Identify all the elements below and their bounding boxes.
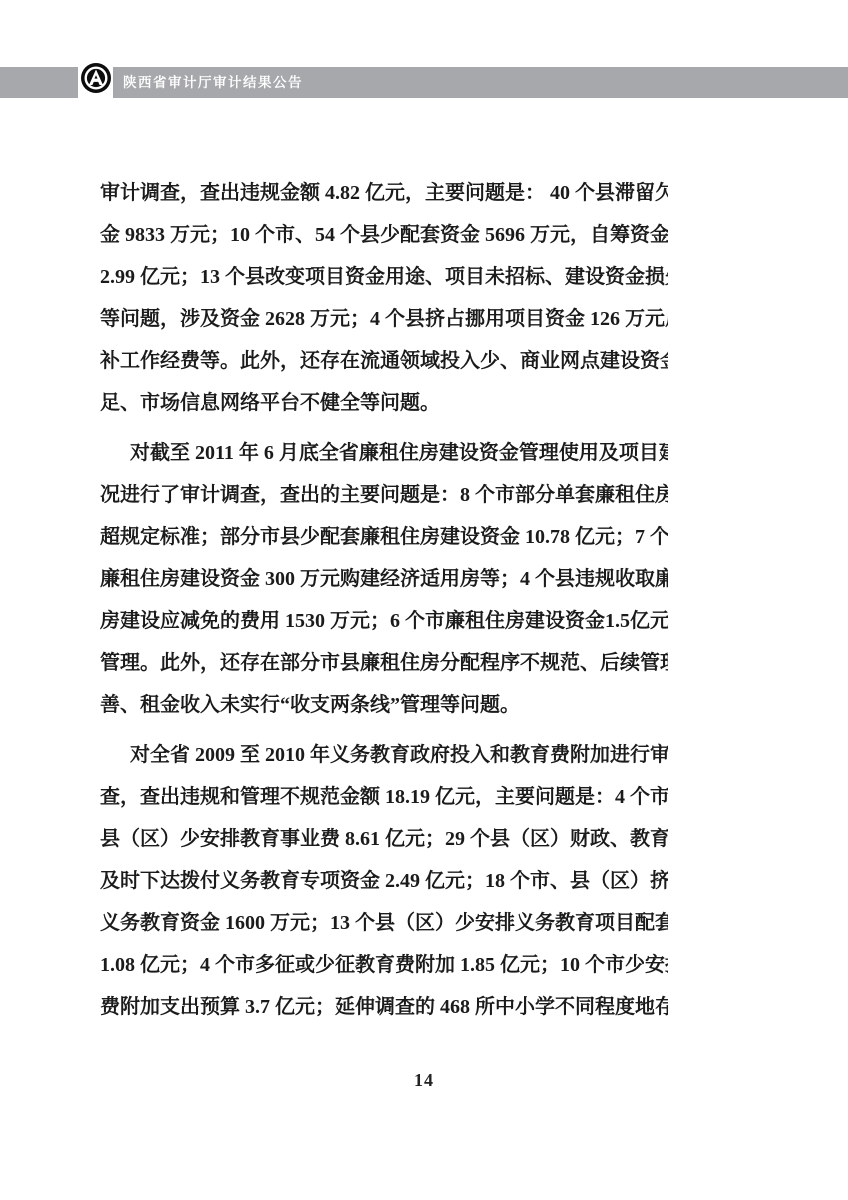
text-line: 金 9833 万元；10 个市、54 个县少配套资金 5696 万元，自筹资金不… bbox=[100, 214, 668, 256]
text-line: 县（区）少安排教育事业费 8.61 亿元；29 个县（区）财政、教育部门未 bbox=[100, 818, 668, 860]
body-text: 审计调查，查出违规金额 4.82 亿元，主要问题是： 40 个县滞留欠拨资 金 … bbox=[100, 172, 668, 1028]
text-line: 2.99 亿元；13 个县改变项目资金用途、项目未招标、建设资金损失浪费 bbox=[100, 256, 668, 298]
text-line: 足、市场信息网络平台不健全等问题。 bbox=[100, 382, 668, 424]
text-line: 1.08 亿元；4 个市多征或少征教育费附加 1.85 亿元；10 个市少安排教… bbox=[100, 944, 668, 986]
text-line: 费附加支出预算 3.7 亿元；延伸调查的 468 所中小学不同程度地存在违 bbox=[100, 986, 668, 1028]
text-line: 超规定标准；部分市县少配套廉租住房建设资金 10.78 亿元；7 个县挪用 bbox=[100, 516, 668, 558]
text-line: 况进行了审计调查，查出的主要问题是：8 个市部分单套廉租住房面积 bbox=[100, 474, 668, 516]
paragraph: 对全省 2009 至 2010 年义务教育政府投入和教育费附加进行审计调 查，查… bbox=[100, 734, 668, 1028]
header-bar: 陕西省审计厅审计结果公告 bbox=[0, 67, 848, 98]
page-number: 14 bbox=[0, 1070, 848, 1091]
text-line: 审计调查，查出违规金额 4.82 亿元，主要问题是： 40 个县滞留欠拨资 bbox=[100, 172, 668, 214]
text-line: 对截至 2011 年 6 月底全省廉租住房建设资金管理使用及项目建设情 bbox=[100, 432, 668, 474]
paragraph: 对截至 2011 年 6 月底全省廉租住房建设资金管理使用及项目建设情 况进行了… bbox=[100, 432, 668, 726]
text-line: 及时下达拨付义务教育专项资金 2.49 亿元；18 个市、县（区）挤占挪用 bbox=[100, 860, 668, 902]
paragraph: 审计调查，查出违规金额 4.82 亿元，主要问题是： 40 个县滞留欠拨资 金 … bbox=[100, 172, 668, 424]
header-title: 陕西省审计厅审计结果公告 bbox=[123, 67, 303, 98]
text-line: 查，查出违规和管理不规范金额 18.19 亿元，主要问题是：4 个市及所属 bbox=[100, 776, 668, 818]
text-line: 善、租金收入未实行“收支两条线”管理等问题。 bbox=[100, 684, 668, 726]
text-line: 补工作经费等。此外，还存在流通领域投入少、商业网点建设资金不 bbox=[100, 340, 668, 382]
document-page: 陕西省审计厅审计结果公告 审计调查，查出违规金额 4.82 亿元，主要问题是： … bbox=[0, 0, 848, 1200]
text-line: 房建设应减免的费用 1530 万元；6 个市廉租住房建设资金1.5亿元未专户 bbox=[100, 600, 668, 642]
text-line: 管理。此外，还存在部分市县廉租住房分配程序不规范、后续管理不完 bbox=[100, 642, 668, 684]
audit-emblem-icon bbox=[81, 63, 111, 93]
text-line: 廉租住房建设资金 300 万元购建经济适用房等；4 个县违规收取廉租住 bbox=[100, 558, 668, 600]
text-line: 对全省 2009 至 2010 年义务教育政府投入和教育费附加进行审计调 bbox=[100, 734, 668, 776]
text-line: 等问题，涉及资金 2628 万元；4 个县挤占挪用项目资金 126 万元用于弥 bbox=[100, 298, 668, 340]
text-line: 义务教育资金 1600 万元；13 个县（区）少安排义务教育项目配套资金 bbox=[100, 902, 668, 944]
